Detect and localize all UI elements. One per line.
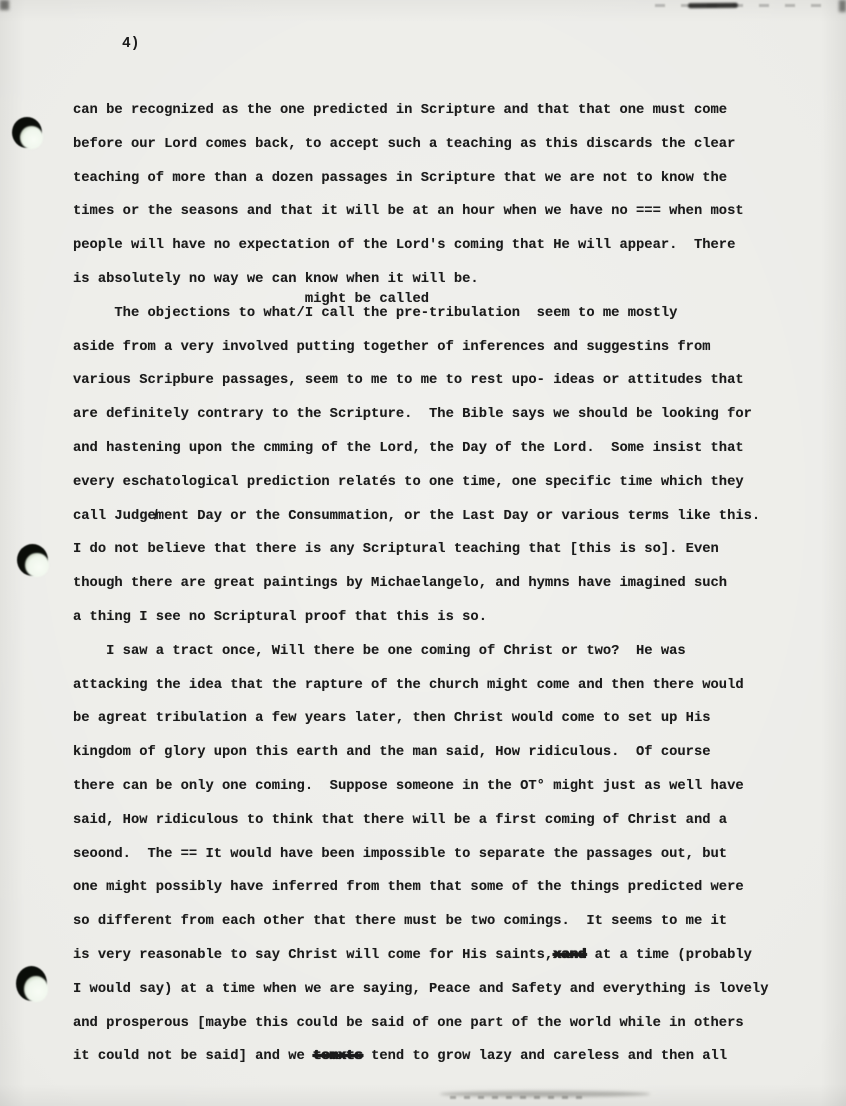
typed-text: before our Lord comes back, to accept su… <box>73 137 735 152</box>
typed-line: though there are great paintings by Mich… <box>73 576 833 610</box>
typed-line: I would say) at a time when we are sayin… <box>73 982 833 1016</box>
page-number: 4) <box>122 36 139 52</box>
typed-text: every eschatological prediction relatés … <box>73 475 744 490</box>
typed-line: aside from a very involved putting toget… <box>73 340 833 374</box>
typed-line: teaching of more than a dozen passages i… <box>73 171 833 205</box>
typed-text: kingdom of glory upon this earth and the… <box>73 745 711 760</box>
typed-text: call Judge̸ment Day or the Consummation,… <box>73 509 760 524</box>
typed-text: I do not believe that there is any Scrip… <box>73 542 719 557</box>
corner-smudge-top-right <box>839 0 846 12</box>
typed-line: is very reasonable to say Christ will co… <box>73 948 833 982</box>
typed-line: said, How ridiculous to think that there… <box>73 813 833 847</box>
hole-punch-bottom-icon <box>16 966 47 1001</box>
typed-line: and prosperous [maybe this could be said… <box>73 1016 833 1050</box>
smudge-bottom-edge <box>440 1091 650 1097</box>
typed-line: a thing I see no Scriptural proof that t… <box>73 610 833 644</box>
ink-smudge-top-edge <box>688 3 738 8</box>
typed-text: various Scripbure passages, seem to me t… <box>73 373 744 388</box>
typed-text: can be recognized as the one predicted i… <box>73 103 727 118</box>
paper-sheet: 4) can be recognized as the one predicte… <box>0 0 846 1106</box>
struck-out-text: xand <box>553 948 586 963</box>
typed-text: The objections to what/I call the pre-tr… <box>73 306 677 321</box>
typed-text: said, How ridiculous to think that there… <box>73 813 727 828</box>
typed-text: is very reasonable to say Christ will co… <box>73 948 553 963</box>
typed-text: seoond. The == It would have been imposs… <box>73 847 727 862</box>
typed-line: The objections to what/I call the pre-tr… <box>73 306 833 340</box>
typed-line: there can be only one coming. Suppose so… <box>73 779 833 813</box>
typed-text: attacking the idea that the rapture of t… <box>73 678 744 693</box>
typed-line: so different from each other that there … <box>73 914 833 948</box>
typed-text: one might possibly have inferred from th… <box>73 880 744 895</box>
typed-text: aside from a very involved putting toget… <box>73 340 711 355</box>
hole-punch-middle-icon <box>17 544 48 576</box>
typed-text: be agreat tribulation a few years later,… <box>73 711 711 726</box>
typed-text: and hastening upon the cmming of the Lor… <box>73 441 744 456</box>
typed-text: is absolutely no way we can know when it… <box>73 272 479 287</box>
typed-line: can be recognized as the one predicted i… <box>73 103 833 137</box>
corner-smudge-top-left <box>0 0 9 10</box>
typed-text: tend to grow lazy and careless and then … <box>363 1049 727 1064</box>
typed-text: a thing I see no Scriptural proof that t… <box>73 610 487 625</box>
typed-line: be agreat tribulation a few years later,… <box>73 711 833 745</box>
typed-line: every eschatological prediction relatés … <box>73 475 833 509</box>
typed-text: teaching of more than a dozen passages i… <box>73 171 727 186</box>
typed-text: it could not be said] and we <box>73 1049 313 1064</box>
struck-out-text: temxts <box>313 1049 363 1064</box>
typed-line: are definitely contrary to the Scripture… <box>73 407 833 441</box>
typed-text: might be called <box>73 292 429 307</box>
typed-line: I saw a tract once, Will there be one co… <box>73 644 833 678</box>
speckle-bottom-edge <box>450 1096 590 1099</box>
typed-lines: can be recognized as the one predicted i… <box>73 103 833 1083</box>
typed-line: one might possibly have inferred from th… <box>73 880 833 914</box>
typed-line: and hastening upon the cmming of the Lor… <box>73 441 833 475</box>
typed-text: I would say) at a time when we are sayin… <box>73 982 768 997</box>
typed-text: though there are great paintings by Mich… <box>73 576 727 591</box>
typed-line: kingdom of glory upon this earth and the… <box>73 745 833 779</box>
typed-line: times or the seasons and that it will be… <box>73 204 833 238</box>
typed-text: times or the seasons and that it will be… <box>73 204 744 219</box>
typed-text: so different from each other that there … <box>73 914 727 929</box>
typed-line: people will have no expectation of the L… <box>73 238 833 272</box>
typed-text: at a time (probably <box>586 948 752 963</box>
typed-text: I saw a tract once, Will there be one co… <box>73 644 686 659</box>
typed-line: various Scripbure passages, seem to me t… <box>73 373 833 407</box>
typed-line: attacking the idea that the rapture of t… <box>73 678 833 712</box>
typed-text: and prosperous [maybe this could be said… <box>73 1016 744 1031</box>
typed-line: call Judge̸ment Day or the Consummation,… <box>73 509 833 543</box>
typed-line: it could not be said] and we temxts tend… <box>73 1049 833 1083</box>
scanned-typescript-page: { "page": { "number": "4)", "paper_color… <box>0 0 846 1106</box>
typed-line: seoond. The == It would have been imposs… <box>73 847 833 881</box>
typed-text: there can be only one coming. Suppose so… <box>73 779 744 794</box>
hole-punch-top-icon <box>12 117 42 148</box>
typed-line: I do not believe that there is any Scrip… <box>73 542 833 576</box>
typed-line: before our Lord comes back, to accept su… <box>73 137 833 171</box>
typed-text: people will have no expectation of the L… <box>73 238 735 253</box>
scan-marks-top-edge <box>655 4 835 7</box>
typed-text: are definitely contrary to the Scripture… <box>73 407 752 422</box>
